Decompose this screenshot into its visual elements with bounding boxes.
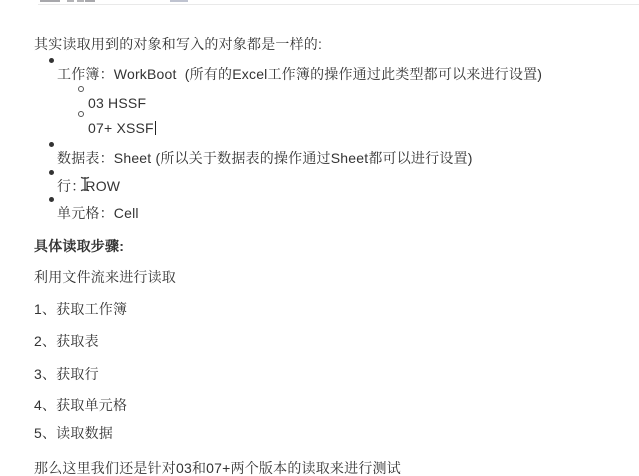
clipped-heading-remnant bbox=[38, 0, 639, 5]
bullet-disc-icon bbox=[49, 197, 54, 202]
clipped-text-fragment bbox=[40, 0, 60, 2]
step-3[interactable]: 3、获取行 bbox=[34, 365, 99, 384]
step-5[interactable]: 5、读取数据 bbox=[34, 424, 113, 443]
step-4[interactable]: 4、获取单元格 bbox=[34, 396, 127, 415]
list-item-cell[interactable]: 单元格：Cell bbox=[57, 204, 139, 223]
text-caret bbox=[155, 121, 157, 135]
bullet-circle-icon bbox=[78, 111, 84, 117]
list-subitem-07-xssf[interactable]: 07+ XSSF bbox=[88, 119, 156, 138]
steps-heading[interactable]: 具体读取步骤: bbox=[34, 237, 124, 256]
intro-paragraph[interactable]: 其实读取用到的对象和写入的对象都是一样的: bbox=[34, 35, 322, 54]
list-subitem-03-hssf[interactable]: 03 HSSF bbox=[88, 94, 146, 113]
step-2[interactable]: 2、获取表 bbox=[34, 332, 99, 351]
clipped-text-fragment bbox=[170, 0, 188, 2]
bullet-disc-icon bbox=[49, 142, 54, 147]
bullet-disc-icon bbox=[49, 170, 54, 175]
list-item-workbook[interactable]: 工作簿：WorkBoot (所有的Excel工作簿的操作通过此类型都可以来进行设… bbox=[57, 65, 542, 84]
clipped-text-fragment bbox=[85, 0, 95, 2]
steps-intro-paragraph[interactable]: 利用文件流来进行读取 bbox=[34, 268, 176, 287]
markdown-editor-document[interactable]: 其实读取用到的对象和写入的对象都是一样的: 工作簿：WorkBoot (所有的E… bbox=[0, 0, 639, 476]
bullet-circle-icon bbox=[78, 86, 84, 92]
closing-paragraph[interactable]: 那么这里我们还是针对03和07+两个版本的读取来进行测试 bbox=[34, 459, 401, 476]
clipped-text-fragment bbox=[67, 0, 74, 2]
step-1[interactable]: 1、获取工作簿 bbox=[34, 300, 127, 319]
i-beam-cursor-icon bbox=[80, 176, 90, 192]
bullet-disc-icon bbox=[49, 58, 54, 63]
list-subitem-label: 07+ XSSF bbox=[88, 120, 154, 136]
list-item-sheet[interactable]: 数据表：Sheet (所以关于数据表的操作通过Sheet都可以进行设置) bbox=[57, 149, 473, 168]
clipped-text-fragment bbox=[77, 0, 84, 2]
